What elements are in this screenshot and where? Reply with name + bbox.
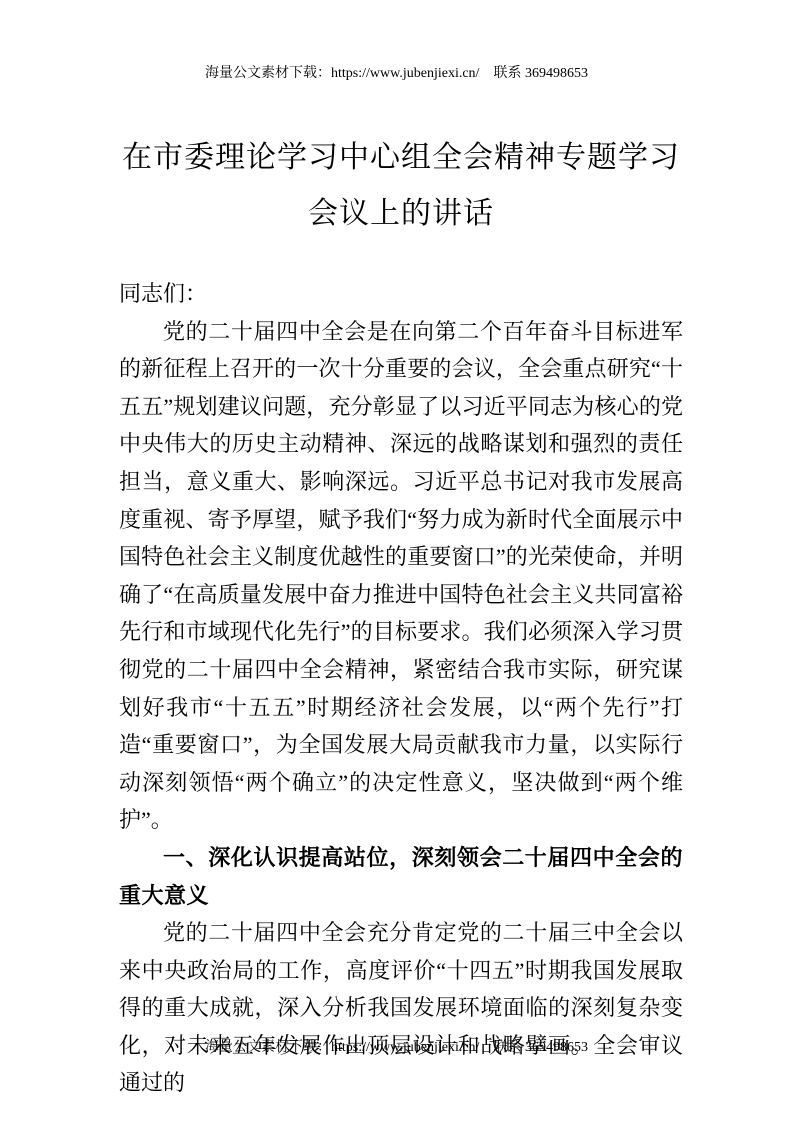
document-page: 海量公文素材下载：https://www.jubenjiexi.cn/ 联系 3…	[0, 0, 793, 1122]
document-header: 海量公文素材下载：https://www.jubenjiexi.cn/ 联系 3…	[0, 64, 793, 84]
section-heading-1: 一、深化认识提高站位，深刻领会二十届四中全会的重大意义	[119, 839, 683, 914]
salutation: 同志们：	[119, 275, 683, 313]
paragraph-1: 党的二十届四中全会是在向第二个百年奋斗目标进军的新征程上召开的一次十分重要的会议…	[119, 313, 683, 839]
paragraph-2: 党的二十届四中全会充分肯定党的二十届三中全会以来中央政治局的工作，高度评价“十四…	[119, 914, 683, 1102]
document-body: 同志们： 党的二十届四中全会是在向第二个百年奋斗目标进军的新征程上召开的一次十分…	[119, 275, 683, 1102]
document-title: 在市委理论学习中心组全会精神专题学习会议上的讲话	[119, 130, 683, 242]
document-footer: 海量公文素材下载：https://www.jubenjiexi.cn/ 联系 3…	[0, 1038, 793, 1058]
